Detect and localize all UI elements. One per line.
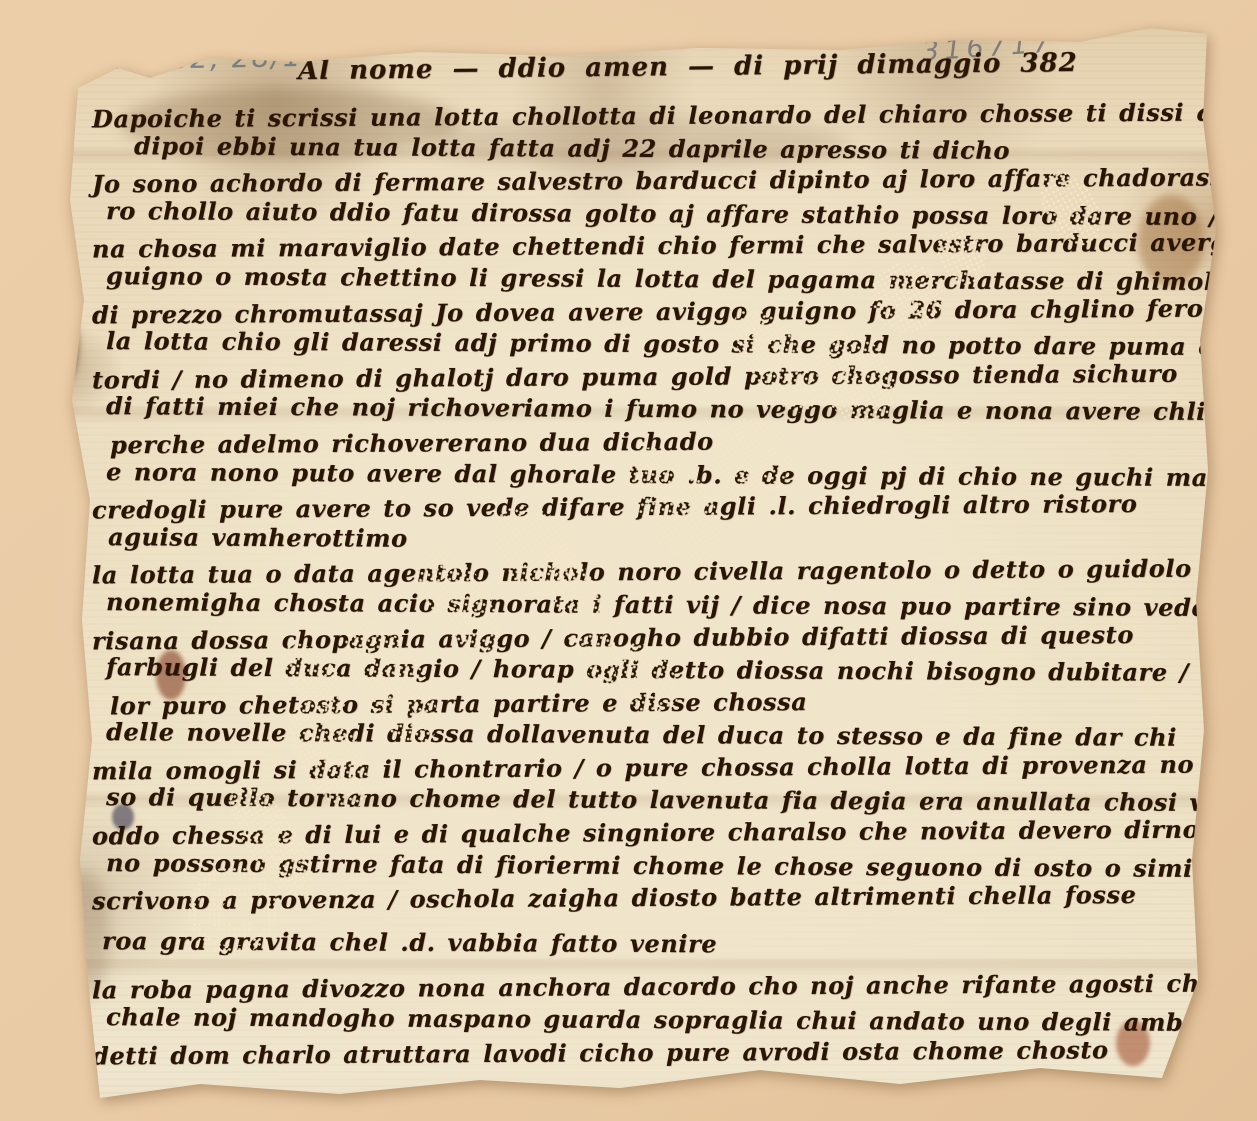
paper-wrap: AD. 182, 28/1 316717 Al nome — ddio amen… — [0, 0, 1257, 1121]
manuscript-paper: AD. 182, 28/1 316717 Al nome — ddio amen… — [0, 0, 1257, 1121]
manuscript-line: roa gra gravita chel .d. vabbia fatto ve… — [102, 925, 1202, 963]
letter-body: Dapoiche ti scrissi una lotta chollotta … — [92, 100, 1202, 1069]
paper-stain — [40, 303, 80, 387]
letter-heading-line: Al nome — ddio amen — di prij dimaggio 3… — [298, 48, 1078, 86]
shelfmark-annotation: AD. 182, 28/1 — [84, 40, 303, 77]
manuscript-line: scrivono a provenza / oschola zaigha dio… — [92, 879, 1202, 918]
manuscript-line: perche adelmo richovererano dua dichado — [110, 423, 1202, 462]
manuscript-line: detti dom charlo atruttara lavodi cicho … — [92, 1033, 1202, 1072]
fold-crease — [52, 90, 70, 1090]
